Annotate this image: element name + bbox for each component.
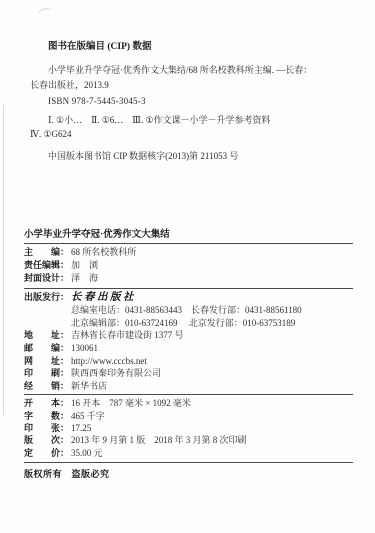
row-value: 68 所名校教科所 bbox=[71, 246, 136, 259]
publisher-logo-text: 长春出版社 bbox=[71, 292, 136, 305]
row-label: 字 数： bbox=[24, 410, 71, 422]
row-value: 陕西西秦印务有限公司 bbox=[71, 367, 161, 380]
cip-classification-line2: Ⅳ. ①G624 bbox=[30, 129, 359, 140]
row-label: 版 次： bbox=[24, 434, 71, 446]
cip-heading: 图书在版编目 (CIP) 数据 bbox=[30, 42, 359, 53]
cip-publisher-line: 长春出版社，2013.9 bbox=[30, 80, 359, 91]
publisher-row: 印 刷： 陕西西秦印务有限公司 bbox=[24, 367, 353, 380]
row-value: 总编室电话：0431-88563443 长春发行部：0431-88561180 bbox=[71, 304, 302, 317]
book-title: 小学毕业升学夺冠·优秀作文大集结 bbox=[24, 226, 353, 240]
publisher-row: 出版发行： 长春出版社 bbox=[24, 291, 353, 305]
publisher-section: 出版发行： 长春出版社 总编室电话：0431-88563443 长春发行部：04… bbox=[24, 289, 353, 393]
row-label: 印 刷： bbox=[24, 367, 71, 380]
cip-classification-line1: Ⅰ. ①小… Ⅱ. ①6… Ⅲ. ①作文课－小学－升学参考资料 bbox=[30, 115, 359, 126]
publisher-row: 网 址： http://www.cccbs.net bbox=[24, 355, 353, 368]
divider-rule bbox=[24, 462, 353, 463]
website-url: http://www.cccbs.net bbox=[71, 355, 147, 368]
colophon-block: 小学毕业升学夺冠·优秀作文大集结 主 编： 68 所名校教科所 责任编辑： 加 … bbox=[24, 226, 353, 480]
row-label: 网 址： bbox=[24, 355, 71, 368]
row-value: 新华书店 bbox=[71, 380, 107, 393]
cip-record-number: 中国版本图书馆 CIP 数据核字(2013)第 211053 号 bbox=[30, 151, 359, 162]
publisher-row: 北京编辑部：010-63724169 北京发行部：010-63753189 bbox=[24, 317, 353, 330]
row-value: 465 千字 bbox=[71, 410, 105, 422]
cip-block: 图书在版编目 (CIP) 数据 小学毕业升学夺冠·优秀作文大集结/68 所名校教… bbox=[30, 42, 359, 162]
row-value: 泽 海 bbox=[71, 272, 98, 285]
editor-row: 封面设计： 泽 海 bbox=[24, 272, 353, 285]
row-value: 吉林省长春市建设街 1377 号 bbox=[71, 329, 184, 342]
row-value: 130061 bbox=[71, 342, 98, 355]
spec-row: 开 本： 16 开本 787 毫米 × 1092 毫米 bbox=[24, 397, 353, 409]
row-label: 邮 编： bbox=[24, 342, 71, 355]
editor-row: 主 编： 68 所名校教科所 bbox=[24, 246, 353, 259]
isbn-number: ISBN 978-7-5445-3045-3 bbox=[30, 96, 359, 107]
editor-row: 责任编辑： 加 浏 bbox=[24, 259, 353, 272]
copyright-notice: 版权所有 盗版必究 bbox=[24, 467, 353, 480]
row-label: 封面设计： bbox=[24, 272, 71, 285]
row-value: 17.25 bbox=[71, 422, 91, 434]
row-value: 2013 年 9 月第 1 版 2018 年 3 月第 8 次印刷 bbox=[71, 434, 247, 446]
row-label: 出版发行： bbox=[24, 291, 71, 304]
print-spec-section: 开 本： 16 开本 787 毫米 × 1092 毫米 字 数： 465 千字 … bbox=[24, 395, 353, 458]
spec-row: 字 数： 465 千字 bbox=[24, 410, 353, 422]
spec-row: 版 次： 2013 年 9 月第 1 版 2018 年 3 月第 8 次印刷 bbox=[24, 434, 353, 446]
row-value: 16 开本 787 毫米 × 1092 毫米 bbox=[71, 397, 191, 409]
publisher-row: 地 址： 吉林省长春市建设街 1377 号 bbox=[24, 329, 353, 342]
copyright-page: 图书在版编目 (CIP) 数据 小学毕业升学夺冠·优秀作文大集结/68 所名校教… bbox=[0, 0, 375, 533]
cip-title-line: 小学毕业升学夺冠·优秀作文大集结/68 所名校教科所主编. —长春： bbox=[30, 65, 359, 76]
scan-smudge-artifact bbox=[37, 6, 53, 18]
row-value: 加 浏 bbox=[71, 259, 98, 272]
row-label: 地 址： bbox=[24, 329, 71, 342]
scan-edge-artifact bbox=[3, 105, 4, 415]
row-value: 北京编辑部：010-63724169 北京发行部：010-63753189 bbox=[71, 317, 295, 330]
spec-row: 印 张： 17.25 bbox=[24, 422, 353, 434]
row-value: 35.00 元 bbox=[71, 447, 103, 459]
row-label: 责任编辑： bbox=[24, 259, 71, 272]
row-label: 主 编： bbox=[24, 246, 71, 259]
publisher-row: 经 销： 新华书店 bbox=[24, 380, 353, 393]
editors-section: 主 编： 68 所名校教科所 责任编辑： 加 浏 封面设计： 泽 海 bbox=[24, 244, 353, 286]
row-label: 开 本： bbox=[24, 397, 71, 409]
row-label: 印 张： bbox=[24, 422, 71, 434]
publisher-row: 总编室电话：0431-88563443 长春发行部：0431-88561180 bbox=[24, 304, 353, 317]
row-label: 定 价： bbox=[24, 447, 71, 459]
row-label: 经 销： bbox=[24, 380, 71, 393]
publisher-row: 邮 编： 130061 bbox=[24, 342, 353, 355]
spec-row: 定 价： 35.00 元 bbox=[24, 447, 353, 459]
